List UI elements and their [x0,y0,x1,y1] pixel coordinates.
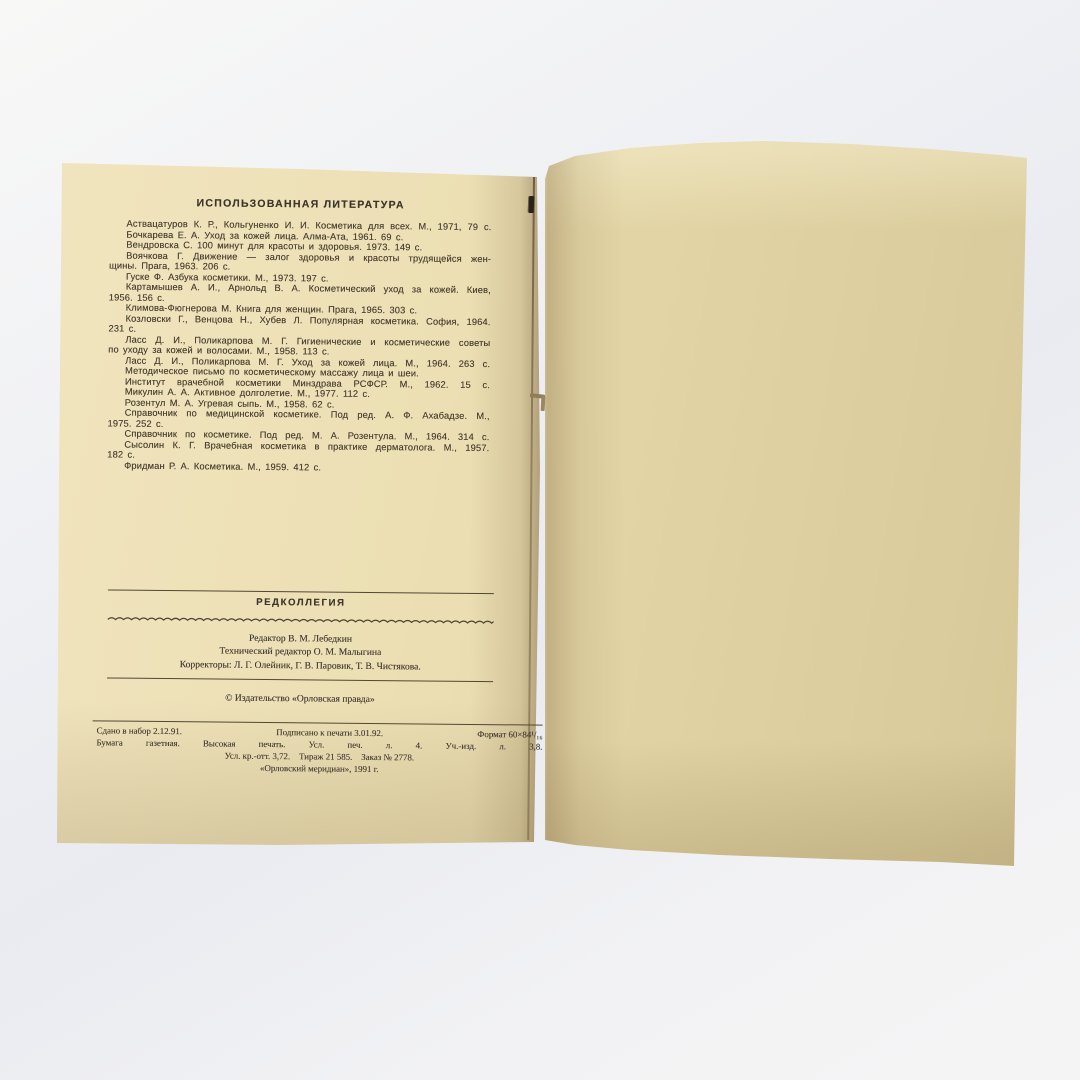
editorial-credits: Редактор В. М. Лебедкин Технический реда… [107,630,493,674]
imprint-typeset-date: Сдано в набор 2.12.91. [96,725,181,737]
editorial-bottom-rule [107,677,493,682]
imprint-print-date: Подписано к печати 3.01.92. [276,727,383,740]
publisher-line: © Издательство «Орловская правда» [107,691,493,706]
correctors-line: Корректоры: Л. Г. Олейник, Г. В. Паровик… [107,657,493,674]
staple-middle-leg [541,396,545,411]
references-list: Аствацатуров К. Р., Кольгуненко И. И. Ко… [107,218,491,474]
page-title: ИСПОЛЬЗОВАННАЯ ЛИТЕРАТУРА [110,196,492,212]
editorial-heading: РЕДКОЛЛЕГИЯ [108,595,494,610]
left-page-content: ИСПОЛЬЗОВАННАЯ ЛИТЕРАТУРА Аствацатуров К… [55,163,540,850]
book-photo: ИСПОЛЬЗОВАННАЯ ЛИТЕРАТУРА Аствацатуров К… [0,0,1080,1080]
imprint-format: Формат 60×84¹/₁₆ [477,729,542,741]
editorial-top-rule [108,589,494,594]
wavy-rule [108,615,494,627]
